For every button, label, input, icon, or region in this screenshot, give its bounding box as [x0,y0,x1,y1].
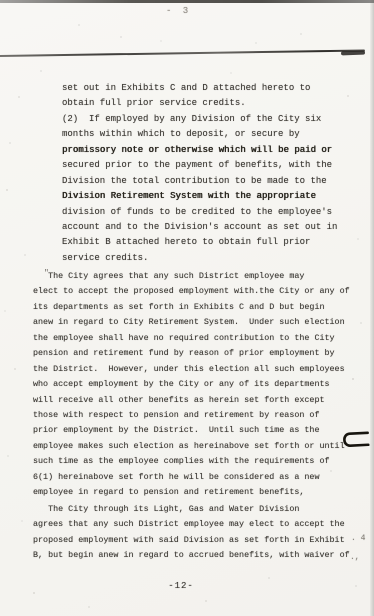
page-header-mark: - 3 [166,6,191,16]
text-line: pension and retirement fund by reason of… [33,346,350,361]
text-line: its departments as set forth in Exhibits… [33,300,350,315]
scan-noise-speckles [0,0,2,2]
page-number: -12- [0,581,362,591]
text-line: who accept employment by the City or any… [33,377,350,392]
text-line: the District. However, under this electi… [33,362,350,377]
text-line: obtain full prior service credits. [62,96,337,111]
paperclip-mark-icon [337,428,370,452]
text-line: promissory note or otherwise which will … [62,143,337,158]
text-line: such time as the employee complies with … [33,454,350,469]
text-line: months within which to deposit, or secur… [62,127,337,142]
text-line: prior employment by the District. Until … [33,423,350,438]
text-line: The City agrees that any such District e… [33,269,350,284]
horizontal-scan-line-artifact [0,50,365,57]
text-line: the employee shall have no required cont… [33,331,350,346]
text-line: B, but begin anew in regard to accrued b… [33,548,350,563]
text-line: Division the total contribution to be ma… [62,174,337,189]
text-line: those with respect to pension and retire… [33,408,350,423]
text-line: employee makes such election as hereinab… [33,439,350,454]
text-line: service credits. [62,251,337,266]
text-line: employee in regard to pension and retire… [33,485,350,500]
division-agreement-paragraph: The City through its Light, Gas and Wate… [33,502,350,564]
text-line: anew in regard to City Retirement System… [33,315,350,330]
text-line: will receive all other benefits as herei… [33,393,350,408]
continuation-clause-paragraph: set out in Exhibits C and D attached her… [62,81,337,266]
text-line: Division Retirement System with the appr… [62,189,337,204]
scan-line-ink-blob-artifact [341,51,365,55]
paper-right-edge [370,0,374,616]
text-line: account and to the Division's account as… [62,220,337,235]
text-line: elect to accept the proposed employment … [33,284,350,299]
scanned-document-page: - 3 set out in Exhibits C and D attached… [0,0,374,616]
text-line: agrees that any such District employee m… [33,517,350,532]
text-line: proposed employment with said Division a… [33,533,350,548]
text-line: 6(1) hereinabove set forth he will be co… [33,470,350,485]
city-agreement-paragraph: The City agrees that any such District e… [33,269,350,501]
text-line: The City through its Light, Gas and Wate… [33,502,350,517]
scanner-edge-artifact [0,0,374,3]
text-line: (2) If employed by any Division of the C… [62,112,337,127]
text-line: division of funds to be credited to the … [62,205,337,220]
text-line: Exhibit B attached hereto to obtain full… [62,235,337,250]
margin-smudge-mark: . 4 [351,534,365,543]
text-line: set out in Exhibits C and D attached her… [62,81,337,96]
margin-smudge-mark: ., [350,553,360,562]
text-line: secured prior to the payment of benefits… [62,158,337,173]
